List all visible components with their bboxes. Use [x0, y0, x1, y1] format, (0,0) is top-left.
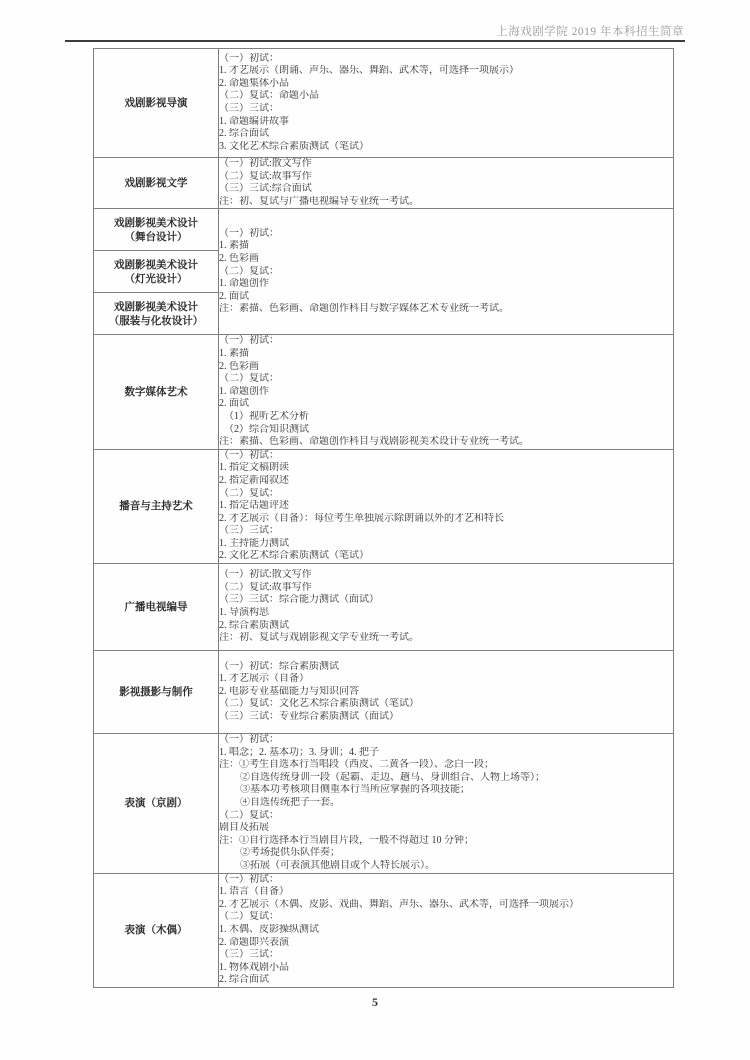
- table-row: 戏剧影视文学（一）初试:散文写作（二）复试:故事写作（三）三试:综合面试注：初、…: [94, 158, 674, 209]
- document-page: 上海戏剧学院 2019 年本科招生简章 戏剧影视导演（一）初试：1. 才艺展示（…: [0, 0, 750, 1060]
- exam-content-cell: （一）初试：1. 唱念；2. 基本功；3. 身训；4. 把子注：①考生自选本行当…: [219, 734, 674, 874]
- page-header-title: 上海戏剧学院 2019 年本科招生简章: [496, 23, 684, 39]
- content-line: 注：素描、色彩画、命题创作科目与戏剧影视美术设计专业统一考试。: [219, 436, 673, 449]
- content-line: （一）初试：: [219, 734, 673, 747]
- table-row: 数字媒体艺术（一）初试：1. 素描2. 色彩画（二）复试：1. 命题创作2. 面…: [94, 335, 674, 449]
- exam-content-cell: （一）初试：1. 素描2. 色彩画（二）复试：1. 命题创作2. 面试（1）视听…: [219, 335, 674, 449]
- content-line: 2. 才艺展示（木偶、皮影、戏曲、舞蹈、声乐、器乐、武术等，可选择一项展示）: [219, 899, 673, 912]
- content-line: 1. 命题创作: [219, 386, 673, 399]
- content-line: 注：①自行选择本行当剧目片段，一般不得超过 10 分钟；: [219, 835, 673, 848]
- major-name-cell: 戏剧影视美术设计 （舞台设计）: [94, 209, 219, 251]
- content-line: 1. 木偶、皮影操纵测试: [219, 924, 673, 937]
- content-line: 1. 指定文稿朗读: [219, 462, 673, 475]
- content-line: （一）初试：: [219, 335, 673, 348]
- content-line: 2. 命题集体小品: [219, 78, 673, 91]
- major-name-cell: 戏剧影视美术设计 （灯光设计）: [94, 251, 219, 293]
- content-line: 1. 命题编讲故事: [219, 116, 673, 129]
- major-name-cell: 数字媒体艺术: [94, 335, 219, 449]
- table-row: 戏剧影视美术设计 （舞台设计）（一）初试：1. 素描2. 色彩画（二）复试：1.…: [94, 209, 674, 251]
- content-line: 1. 才艺展示（朗诵、声乐、器乐、舞蹈、武术等，可选择一项展示）: [219, 65, 673, 78]
- content-line: （二）复试:故事写作: [219, 582, 673, 595]
- major-name-cell: 影视摄影与制作: [94, 651, 219, 734]
- content-line: 2. 电影专业基础能力与知识问答: [219, 686, 673, 699]
- content-line: 2. 才艺展示（自备）：每位考生单独展示除朗诵以外的才艺和特长: [219, 513, 673, 526]
- content-line: 2. 指定新闻叙述: [219, 475, 673, 488]
- content-line: （三）三试：: [219, 103, 673, 116]
- content-line: 剧目及拓展: [219, 822, 673, 835]
- content-line: （二）复试：: [219, 488, 673, 501]
- table-row: 表演（京剧）（一）初试：1. 唱念；2. 基本功；3. 身训；4. 把子注：①考…: [94, 734, 674, 874]
- exam-content-cell: （一）初试：1. 才艺展示（朗诵、声乐、器乐、舞蹈、武术等，可选择一项展示）2.…: [219, 49, 674, 158]
- content-line: 2. 综合面试: [219, 128, 673, 141]
- content-line: （二）复试：命题小品: [219, 90, 673, 103]
- content-line: （二）复试：: [219, 373, 673, 386]
- major-name-cell: 表演（京剧）: [94, 734, 219, 874]
- content-line: 注：初、复试与戏剧影视文学专业统一考试。: [219, 632, 673, 645]
- table-row: 广播电视编导（一）初试:散文写作（二）复试:故事写作（三）三试：综合能力测试（面…: [94, 564, 674, 651]
- content-line: （二）复试：: [219, 266, 673, 279]
- content-line: （一）初试:散文写作: [219, 569, 673, 582]
- content-line: 1. 导演构思: [219, 607, 673, 620]
- content-line: 1. 指定话题评述: [219, 500, 673, 513]
- content-line: （二）复试：: [219, 810, 673, 823]
- content-line: ②自选传统身训一段（起霸、走边、趟马、身训组合、人物上场等）；: [219, 772, 673, 785]
- content-line: （一）初试:散文写作: [219, 158, 673, 171]
- content-line: 1. 命题创作: [219, 278, 673, 291]
- content-line: （二）复试：文化艺术综合素质测试（笔试）: [219, 698, 673, 711]
- content-line: （一）初试：综合素质测试: [219, 661, 673, 674]
- major-name-cell: 戏剧影视美术设计 （服装与化妆设计）: [94, 293, 219, 335]
- content-line: （一）初试：: [219, 450, 673, 463]
- exam-subjects-table: 戏剧影视导演（一）初试：1. 才艺展示（朗诵、声乐、器乐、舞蹈、武术等，可选择一…: [93, 48, 674, 988]
- content-line: （三）三试：: [219, 525, 673, 538]
- exam-content-cell: （一）初试:散文写作（二）复试:故事写作（三）三试:综合面试注：初、复试与广播电…: [219, 158, 674, 209]
- content-line: （二）复试:故事写作: [219, 171, 673, 184]
- content-line: 1. 才艺展示（自备）: [219, 673, 673, 686]
- content-line: （三）三试：专业综合素质测试（面试）: [219, 711, 673, 724]
- table-row: 戏剧影视导演（一）初试：1. 才艺展示（朗诵、声乐、器乐、舞蹈、武术等，可选择一…: [94, 49, 674, 158]
- content-line: ③拓展（可表演其他剧目或个人特长展示）。: [219, 860, 673, 873]
- content-line: 2. 综合面试: [219, 974, 673, 987]
- content-line: ④自选传统把子一套。: [219, 797, 673, 810]
- content-line: （三）三试：: [219, 949, 673, 962]
- content-line: 1. 素描: [219, 240, 673, 253]
- content-line: （一）初试：: [219, 874, 673, 887]
- major-name-cell: 播音与主持艺术: [94, 449, 219, 563]
- major-name-cell: 广播电视编导: [94, 564, 219, 651]
- exam-content-cell: （一）初试：1. 指定文稿朗读2. 指定新闻叙述（二）复试：1. 指定话题评述2…: [219, 449, 674, 563]
- major-name-cell: 戏剧影视导演: [94, 49, 219, 158]
- major-name-cell: 表演（木偶）: [94, 873, 219, 987]
- major-name-cell: 戏剧影视文学: [94, 158, 219, 209]
- content-line: （2）综合知识测试: [219, 424, 673, 437]
- content-line: 注：初、复试与广播电视编导专业统一考试。: [219, 196, 673, 209]
- content-line: 2. 色彩画: [219, 361, 673, 374]
- content-line: 2. 色彩画: [219, 253, 673, 266]
- page-number: 5: [0, 995, 750, 1010]
- table-row: 播音与主持艺术（一）初试：1. 指定文稿朗读2. 指定新闻叙述（二）复试：1. …: [94, 449, 674, 563]
- content-line: 注：①考生自选本行当唱段（西皮、二黄各一段）、念白一段；: [219, 759, 673, 772]
- content-line: （一）初试：: [219, 53, 673, 66]
- content-line: 2. 面试: [219, 398, 673, 411]
- exam-content-cell: （一）初试：综合素质测试1. 才艺展示（自备）2. 电影专业基础能力与知识问答（…: [219, 651, 674, 734]
- content-line: 注：素描、色彩画、命题创作科目与数字媒体艺术专业统一考试。: [219, 303, 673, 316]
- content-line: 2. 文化艺术综合素质测试（笔试）: [219, 550, 673, 563]
- table-row: 影视摄影与制作（一）初试：综合素质测试1. 才艺展示（自备）2. 电影专业基础能…: [94, 651, 674, 734]
- exam-content-cell: （一）初试：1. 语言（自备）2. 才艺展示（木偶、皮影、戏曲、舞蹈、声乐、器乐…: [219, 873, 674, 987]
- table-row: 表演（木偶）（一）初试：1. 语言（自备）2. 才艺展示（木偶、皮影、戏曲、舞蹈…: [94, 873, 674, 987]
- content-line: 1. 语言（自备）: [219, 886, 673, 899]
- content-line: 3. 文化艺术综合素质测试（笔试）: [219, 141, 673, 154]
- content-line: ②考场提供乐队伴奏；: [219, 847, 673, 860]
- content-line: 2. 命题即兴表演: [219, 937, 673, 950]
- content-line: （三）三试:综合面试: [219, 183, 673, 196]
- content-line: 1. 主持能力测试: [219, 538, 673, 551]
- content-line: 1. 物体戏剧小品: [219, 962, 673, 975]
- content-line: （三）三试：综合能力测试（面试）: [219, 594, 673, 607]
- content-line: ③基本功考核项目侧重本行当所应掌握的各项技能；: [219, 784, 673, 797]
- content-line: （一）初试：: [219, 228, 673, 241]
- content-line: 1. 素描: [219, 348, 673, 361]
- content-line: 2. 综合素质测试: [219, 620, 673, 633]
- header-divider-rule: [65, 40, 685, 42]
- exam-content-cell: （一）初试：1. 素描2. 色彩画（二）复试：1. 命题创作2. 面试注：素描、…: [219, 209, 674, 335]
- content-line: （二）复试：: [219, 911, 673, 924]
- content-line: （1）视听艺术分析: [219, 411, 673, 424]
- content-line: 1. 唱念；2. 基本功；3. 身训；4. 把子: [219, 747, 673, 760]
- exam-content-cell: （一）初试:散文写作（二）复试:故事写作（三）三试：综合能力测试（面试）1. 导…: [219, 564, 674, 651]
- content-line: 2. 面试: [219, 291, 673, 304]
